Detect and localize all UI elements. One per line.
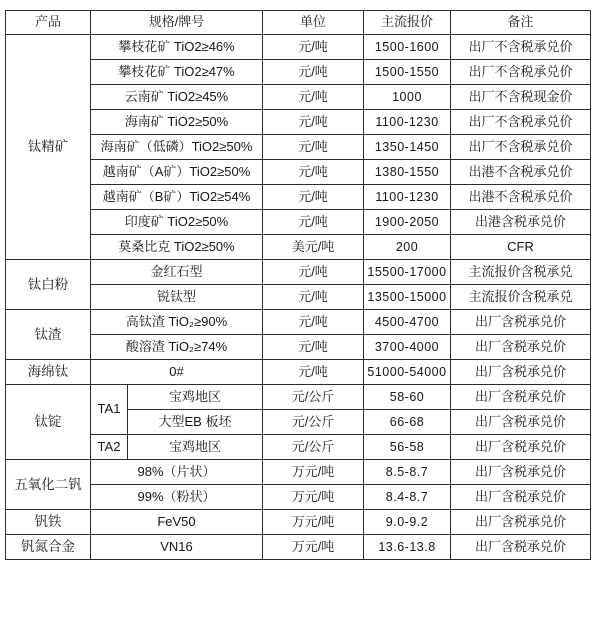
spec-cell: 98%（片状） — [91, 460, 263, 485]
spec-cell: 锐钛型 — [91, 285, 263, 310]
unit-cell: 元/公斤 — [263, 435, 364, 460]
spec-cell: 高钛渣 TiO₂≥90% — [91, 310, 263, 335]
unit-cell: 元/吨 — [263, 60, 364, 85]
unit-cell: 元/吨 — [263, 360, 364, 385]
header-unit: 单位 — [263, 11, 364, 35]
note-cell: 出厂不含税现金价 — [451, 85, 591, 110]
table-row: 锐钛型元/吨13500-15000主流报价含税承兑 — [6, 285, 591, 310]
note-cell: 出厂不含税承兑价 — [451, 35, 591, 60]
spec-cell: 99%（粉状） — [91, 485, 263, 510]
table-row: 海绵钛0#元/吨51000-54000出厂含税承兑价 — [6, 360, 591, 385]
price-cell: 1000 — [364, 85, 451, 110]
table-row: 钛渣高钛渣 TiO₂≥90%元/吨4500-4700出厂含税承兑价 — [6, 310, 591, 335]
table-header-row: 产品 规格/牌号 单位 主流报价 备注 — [6, 11, 591, 35]
product-cell: 钒铁 — [6, 510, 91, 535]
note-cell: 出厂含税承兑价 — [451, 535, 591, 560]
note-cell: 出港不含税承兑价 — [451, 185, 591, 210]
unit-cell: 万元/吨 — [263, 460, 364, 485]
price-cell: 13500-15000 — [364, 285, 451, 310]
spec-cell: 金红石型 — [91, 260, 263, 285]
header-spec: 规格/牌号 — [91, 11, 263, 35]
table-row: 酸溶渣 TiO₂≥74%元/吨3700-4000出厂含税承兑价 — [6, 335, 591, 360]
page: 产品 规格/牌号 单位 主流报价 备注 钛精矿攀枝花矿 TiO2≥46%元/吨1… — [0, 0, 598, 624]
price-cell: 1500-1600 — [364, 35, 451, 60]
price-cell: 1380-1550 — [364, 160, 451, 185]
price-cell: 66-68 — [364, 410, 451, 435]
spec-cell: 攀枝花矿 TiO2≥47% — [91, 60, 263, 85]
unit-cell: 元/吨 — [263, 135, 364, 160]
spec-cell: 云南矿 TiO2≥45% — [91, 85, 263, 110]
price-cell: 4500-4700 — [364, 310, 451, 335]
unit-cell: 元/吨 — [263, 310, 364, 335]
product-cell: 钛渣 — [6, 310, 91, 360]
note-cell: CFR — [451, 235, 591, 260]
note-cell: 主流报价含税承兑 — [451, 285, 591, 310]
note-cell: 出厂不含税承兑价 — [451, 60, 591, 85]
note-cell: 出厂含税承兑价 — [451, 460, 591, 485]
header-note: 备注 — [451, 11, 591, 35]
table-row: 莫桑比克 TiO2≥50%美元/吨200CFR — [6, 235, 591, 260]
spec-cell: 印度矿 TiO2≥50% — [91, 210, 263, 235]
price-cell: 56-58 — [364, 435, 451, 460]
product-cell: 五氧化二钒 — [6, 460, 91, 510]
price-cell: 15500-17000 — [364, 260, 451, 285]
unit-cell: 元/吨 — [263, 260, 364, 285]
price-cell: 13.6-13.8 — [364, 535, 451, 560]
note-cell: 出厂含税承兑价 — [451, 410, 591, 435]
note-cell: 主流报价含税承兑 — [451, 260, 591, 285]
price-cell: 8.4-8.7 — [364, 485, 451, 510]
table-row: 海南矿（低磷）TiO2≥50%元/吨1350-1450出厂不含税承兑价 — [6, 135, 591, 160]
spec-cell: 莫桑比克 TiO2≥50% — [91, 235, 263, 260]
table-row: TA2宝鸡地区元/公斤56-58出厂含税承兑价 — [6, 435, 591, 460]
product-cell: 钛精矿 — [6, 35, 91, 260]
note-cell: 出港含税承兑价 — [451, 210, 591, 235]
price-cell: 3700-4000 — [364, 335, 451, 360]
product-cell: 钛锭 — [6, 385, 91, 460]
note-cell: 出厂含税承兑价 — [451, 310, 591, 335]
spec-cell: 攀枝花矿 TiO2≥46% — [91, 35, 263, 60]
spec-cell: 酸溶渣 TiO₂≥74% — [91, 335, 263, 360]
unit-cell: 元/吨 — [263, 185, 364, 210]
header-price: 主流报价 — [364, 11, 451, 35]
unit-cell: 万元/吨 — [263, 535, 364, 560]
spec-cell: 海南矿（低磷）TiO2≥50% — [91, 135, 263, 160]
unit-cell: 美元/吨 — [263, 235, 364, 260]
price-cell: 1500-1550 — [364, 60, 451, 85]
note-cell: 出厂含税承兑价 — [451, 435, 591, 460]
ta-grade-cell: TA1 — [91, 385, 128, 435]
spec-cell: 0# — [91, 360, 263, 385]
unit-cell: 万元/吨 — [263, 510, 364, 535]
price-cell: 51000-54000 — [364, 360, 451, 385]
spec-cell: 越南矿（B矿）TiO2≥54% — [91, 185, 263, 210]
product-cell: 海绵钛 — [6, 360, 91, 385]
spec-cell: 宝鸡地区 — [128, 385, 263, 410]
note-cell: 出厂不含税承兑价 — [451, 135, 591, 160]
header-product: 产品 — [6, 11, 91, 35]
ta-grade-cell: TA2 — [91, 435, 128, 460]
table-row: 99%（粉状）万元/吨8.4-8.7出厂含税承兑价 — [6, 485, 591, 510]
note-cell: 出厂含税承兑价 — [451, 510, 591, 535]
product-cell: 钒氮合金 — [6, 535, 91, 560]
price-cell: 8.5-8.7 — [364, 460, 451, 485]
unit-cell: 元/吨 — [263, 285, 364, 310]
unit-cell: 元/公斤 — [263, 385, 364, 410]
table-row: 五氧化二钒98%（片状）万元/吨8.5-8.7出厂含税承兑价 — [6, 460, 591, 485]
unit-cell: 万元/吨 — [263, 485, 364, 510]
unit-cell: 元/吨 — [263, 35, 364, 60]
price-cell: 1900-2050 — [364, 210, 451, 235]
price-cell: 200 — [364, 235, 451, 260]
product-cell: 钛白粉 — [6, 260, 91, 310]
unit-cell: 元/公斤 — [263, 410, 364, 435]
note-cell: 出厂含税承兑价 — [451, 385, 591, 410]
note-cell: 出厂含税承兑价 — [451, 335, 591, 360]
table-row: 钛白粉金红石型元/吨15500-17000主流报价含税承兑 — [6, 260, 591, 285]
table-row: 越南矿（A矿）TiO2≥50%元/吨1380-1550出港不含税承兑价 — [6, 160, 591, 185]
price-cell: 1100-1230 — [364, 185, 451, 210]
note-cell: 出厂含税承兑价 — [451, 485, 591, 510]
unit-cell: 元/吨 — [263, 160, 364, 185]
table-row: 钛精矿攀枝花矿 TiO2≥46%元/吨1500-1600出厂不含税承兑价 — [6, 35, 591, 60]
unit-cell: 元/吨 — [263, 110, 364, 135]
price-table-body: 钛精矿攀枝花矿 TiO2≥46%元/吨1500-1600出厂不含税承兑价攀枝花矿… — [6, 35, 591, 560]
table-row: 钒铁FeV50万元/吨9.0-9.2出厂含税承兑价 — [6, 510, 591, 535]
spec-cell: FeV50 — [91, 510, 263, 535]
price-table: 产品 规格/牌号 单位 主流报价 备注 钛精矿攀枝花矿 TiO2≥46%元/吨1… — [5, 10, 591, 560]
unit-cell: 元/吨 — [263, 85, 364, 110]
table-row: 越南矿（B矿）TiO2≥54%元/吨1100-1230出港不含税承兑价 — [6, 185, 591, 210]
price-cell: 1350-1450 — [364, 135, 451, 160]
spec-cell: VN16 — [91, 535, 263, 560]
table-row: 印度矿 TiO2≥50%元/吨1900-2050出港含税承兑价 — [6, 210, 591, 235]
spec-cell: 海南矿 TiO2≥50% — [91, 110, 263, 135]
price-cell: 58-60 — [364, 385, 451, 410]
unit-cell: 元/吨 — [263, 335, 364, 360]
table-row: 钛锭TA1宝鸡地区元/公斤58-60出厂含税承兑价 — [6, 385, 591, 410]
spec-cell: 大型EB 板坯 — [128, 410, 263, 435]
note-cell: 出厂含税承兑价 — [451, 360, 591, 385]
spec-cell: 越南矿（A矿）TiO2≥50% — [91, 160, 263, 185]
table-row: 攀枝花矿 TiO2≥47%元/吨1500-1550出厂不含税承兑价 — [6, 60, 591, 85]
table-row: 云南矿 TiO2≥45%元/吨1000出厂不含税现金价 — [6, 85, 591, 110]
note-cell: 出港不含税承兑价 — [451, 160, 591, 185]
price-cell: 9.0-9.2 — [364, 510, 451, 535]
table-row: 钒氮合金VN16万元/吨13.6-13.8出厂含税承兑价 — [6, 535, 591, 560]
spec-cell: 宝鸡地区 — [128, 435, 263, 460]
price-cell: 1100-1230 — [364, 110, 451, 135]
note-cell: 出厂不含税承兑价 — [451, 110, 591, 135]
unit-cell: 元/吨 — [263, 210, 364, 235]
table-row: 海南矿 TiO2≥50%元/吨1100-1230出厂不含税承兑价 — [6, 110, 591, 135]
